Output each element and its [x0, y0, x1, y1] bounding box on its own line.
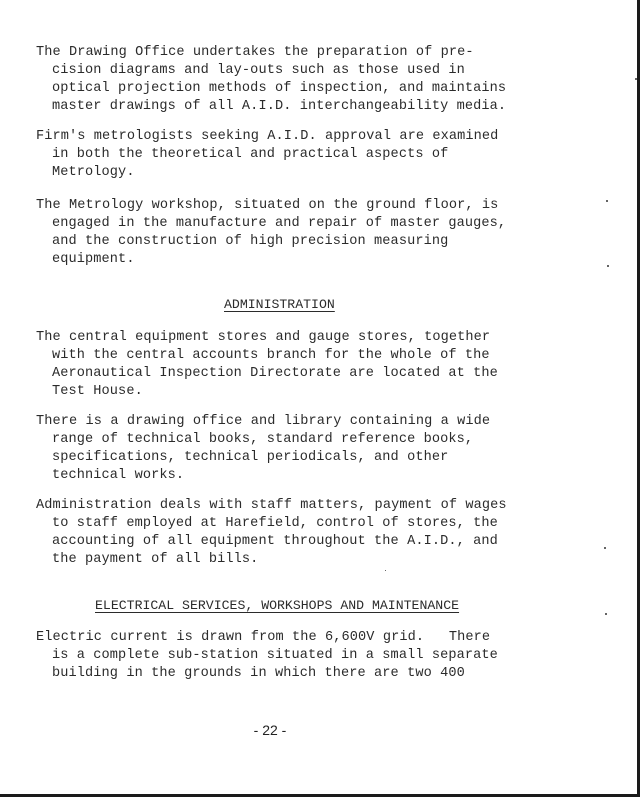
- text-line: with the central accounts branch for the…: [36, 347, 556, 365]
- text-line: cision diagrams and lay-outs such as tho…: [36, 62, 556, 80]
- paragraph-metrology-workshop: The Metrology workshop, situated on the …: [36, 197, 556, 269]
- text-line: Electric current is drawn from the 6,600…: [36, 629, 556, 647]
- text-line: range of technical books, standard refer…: [36, 431, 556, 449]
- text-line: specifications, technical periodicals, a…: [36, 449, 556, 467]
- text-line: The Metrology workshop, situated on the …: [36, 197, 556, 215]
- paragraph-central-stores: The central equipment stores and gauge s…: [36, 329, 556, 401]
- text-line: the payment of all bills.: [36, 551, 556, 569]
- text-line: engaged in the manufacture and repair of…: [36, 215, 556, 233]
- scan-speck: [606, 200, 608, 202]
- text-line: Administration deals with staff matters,…: [36, 497, 556, 515]
- text-line: The central equipment stores and gauge s…: [36, 329, 556, 347]
- paragraph-drawing-office: The Drawing Office undertakes the prepar…: [36, 44, 556, 116]
- text-line: Firm's metrologists seeking A.I.D. appro…: [36, 128, 556, 146]
- paragraph-library: There is a drawing office and library co…: [36, 413, 556, 485]
- text-line: Metrology.: [36, 164, 556, 182]
- text-line: There is a drawing office and library co…: [36, 413, 556, 431]
- text-line: Aeronautical Inspection Directorate are …: [36, 365, 556, 383]
- text-line: and the construction of high precision m…: [36, 233, 556, 251]
- text-line: is a complete sub-station situated in a …: [36, 647, 556, 665]
- text-line: in both the theoretical and practical as…: [36, 146, 556, 164]
- text-line: master drawings of all A.I.D. interchang…: [36, 98, 556, 116]
- text-line: technical works.: [36, 467, 556, 485]
- scan-speck: [605, 613, 607, 615]
- scan-speck: [385, 570, 386, 571]
- paragraph-metrologists: Firm's metrologists seeking A.I.D. appro…: [36, 128, 556, 182]
- text-line: optical projection methods of inspection…: [36, 80, 556, 98]
- text-line: accounting of all equipment throughout t…: [36, 533, 556, 551]
- scan-speck: [604, 547, 606, 549]
- text-line: Test House.: [36, 383, 556, 401]
- text-line: The Drawing Office undertakes the prepar…: [36, 44, 556, 62]
- heading-electrical-services: ELECTRICAL SERVICES, WORKSHOPS AND MAINT…: [95, 597, 459, 615]
- paragraph-electric-current: Electric current is drawn from the 6,600…: [36, 629, 556, 683]
- scan-speck: [607, 265, 609, 267]
- document-page: The Drawing Office undertakes the prepar…: [0, 0, 640, 797]
- paragraph-administration-duties: Administration deals with staff matters,…: [36, 497, 556, 569]
- scan-speck: [635, 78, 637, 80]
- text-line: to staff employed at Harefield, control …: [36, 515, 556, 533]
- text-line: building in the grounds in which there a…: [36, 665, 556, 683]
- heading-administration: ADMINISTRATION: [224, 296, 335, 314]
- page-number: - 22 -: [240, 722, 300, 738]
- text-line: equipment.: [36, 251, 556, 269]
